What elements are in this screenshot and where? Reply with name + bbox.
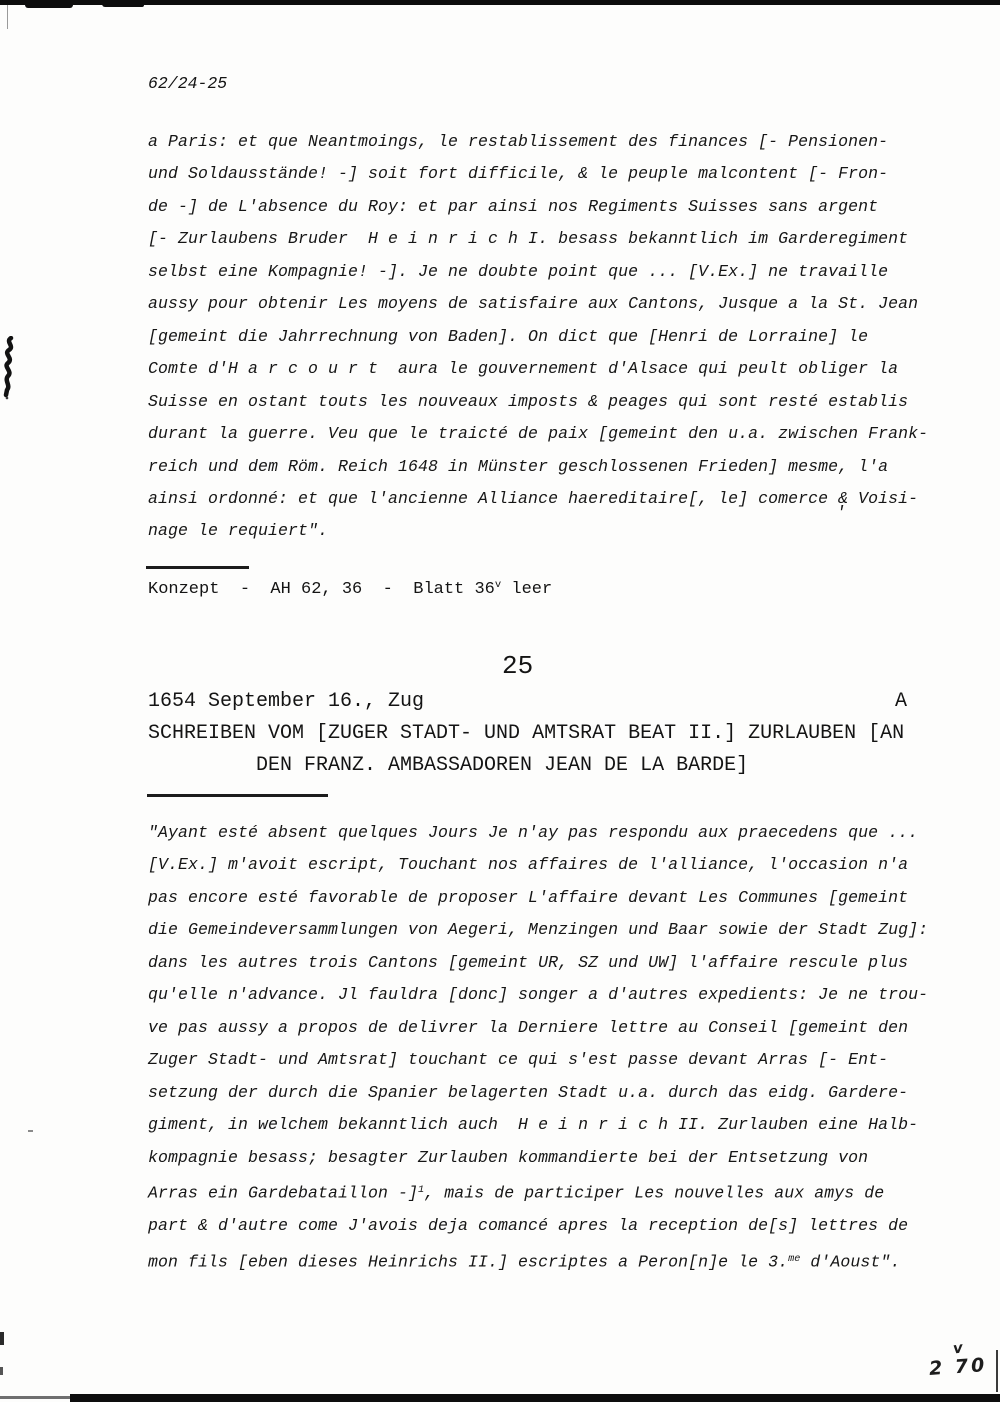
text-line: qu'elle n'advance. Jl fauldra [donc] son… [148, 979, 928, 1011]
text-line: pas encore esté favorable de proposer L'… [148, 882, 928, 914]
text-line: ainsi ordonné: et que l'ancienne Allianc… [148, 483, 928, 515]
text-line: [gemeint die Jahrrechnung von Baden]. On… [148, 321, 928, 353]
title-rule [147, 794, 328, 797]
text-line: aussy pour obtenir Les moyens de satisfa… [148, 288, 928, 320]
entry-title-line2: DEN FRANZ. AMBASSADOREN JEAN DE LA BARDE… [256, 754, 748, 777]
source-note: Konzept - AH 62, 36 - Blatt 36v leer [148, 579, 552, 599]
text-line: Arras ein Gardebataillon -]1, mais de pa… [148, 1174, 928, 1210]
scan-edge-bottom-left [0, 1396, 70, 1399]
ink-smudge [1, 336, 19, 400]
scan-edge-blob [25, 0, 73, 8]
scan-edge-bottom [70, 1394, 1000, 1402]
text-line: selbst eine Kompagnie! -]. Je ne doubte … [148, 256, 928, 288]
text-line: ve pas aussy a propos de delivrer la Der… [148, 1012, 928, 1044]
text-line: [V.Ex.] m'avoit escript, Touchant nos af… [148, 849, 928, 881]
text-line: Zuger Stadt- und Amtsrat] touchant ce qu… [148, 1044, 928, 1076]
text-line: setzung der durch die Spanier belagerten… [148, 1077, 928, 1109]
text-line: giment, in welchem bekanntlich auch H e … [148, 1109, 928, 1141]
scan-tick [0, 1367, 3, 1375]
text-line: a Paris: et que Neantmoings, le restabli… [148, 126, 928, 158]
text-line: de -] de L'absence du Roy: et par ainsi … [148, 191, 928, 223]
text-line: Comte d'H a r c o u r t aura le gouverne… [148, 353, 928, 385]
text-line: durant la guerre. Veu que le traicté de … [148, 418, 928, 450]
scan-speck [28, 1130, 33, 1132]
text-line: part & d'autre come J'avois deja comancé… [148, 1210, 928, 1242]
scan-edge-blob [102, 0, 144, 7]
text-line: Suisse en ostant touts les nouveaux impo… [148, 386, 928, 418]
text-line: die Gemeindeversammlungen von Aegeri, Me… [148, 914, 928, 946]
entry24-transcription: a Paris: et que Neantmoings, le restabli… [148, 126, 928, 548]
text-line: und Soldausstände! -] soit fort difficil… [148, 158, 928, 190]
text-line: [- Zurlaubens Bruder H e i n r i c h I. … [148, 223, 928, 255]
text-line: reich und dem Röm. Reich 1648 in Münster… [148, 451, 928, 483]
text-line: dans les autres trois Cantons [gemeint U… [148, 947, 928, 979]
handwritten-page-number: 2 70 [928, 1354, 988, 1380]
scan-edge-top [0, 0, 1000, 5]
archive-reference: 62/24-25 [148, 74, 227, 93]
stray-mark: ' [836, 503, 846, 522]
scan-artifact-right [996, 1350, 998, 1392]
source-note-rule [146, 566, 249, 569]
entry25-transcription: "Ayant esté absent quelques Jours Je n'a… [148, 817, 928, 1279]
scanned-document-page: 62/24-25 a Paris: et que Neantmoings, le… [0, 0, 1000, 1402]
scan-tick [0, 1332, 4, 1345]
entry-date: 1654 September 16., Zug [148, 690, 424, 713]
text-line: mon fils [eben dieses Heinrichs II.] esc… [148, 1243, 928, 1279]
siglum-a: A [895, 690, 907, 713]
text-line: "Ayant esté absent quelques Jours Je n'a… [148, 817, 928, 849]
entry-title-line1: SCHREIBEN VOM [ZUGER STADT- UND AMTSRAT … [148, 722, 904, 745]
text-line: kompagnie besass; besagter Zurlauben kom… [148, 1142, 928, 1174]
entry-number: 25 [502, 651, 533, 681]
text-line: nage le requiert". [148, 515, 928, 547]
scan-artifact-left [7, 5, 8, 29]
